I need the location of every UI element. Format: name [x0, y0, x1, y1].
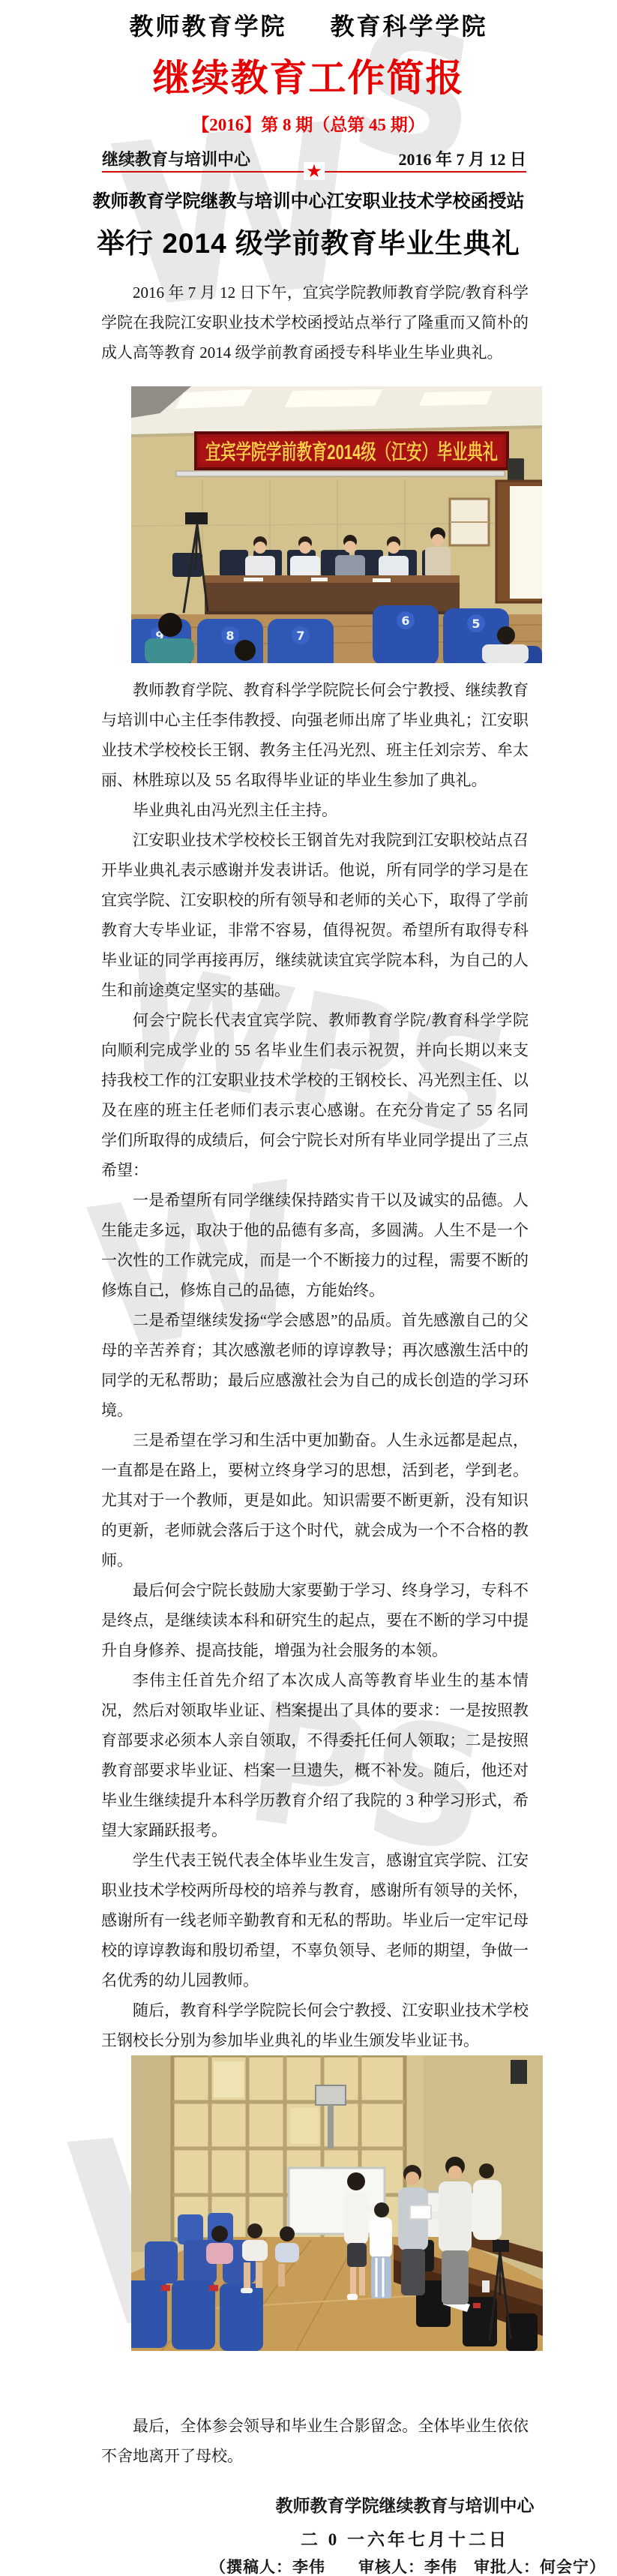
- issue-number: 【2016】第 8 期（总第 45 期）: [0, 111, 617, 136]
- room-wall-left: [131, 2055, 172, 2252]
- bulletin-page: S W WPS W PS W 教师教育学院教育科学学院 继续教育工作简报 【20…: [0, 0, 617, 2576]
- masthead-colleges: 教师教育学院教育科学学院: [0, 8, 617, 42]
- body-paragraph: 学生代表王锐代表全体毕业生发言，感谢宜宾学院、江安职业技术学校两所母校的培养与教…: [101, 1845, 529, 1995]
- footer-credits: （撰稿人：李伟 审核人：李伟 审批人：何会宁）: [210, 2555, 600, 2576]
- seat-number: 6: [401, 614, 409, 628]
- photo-ceremony-hall: 宜宾学院学前教育2014级（江安）毕业典礼: [131, 386, 542, 663]
- college-name-left: 教师教育学院: [129, 13, 286, 40]
- footer-organization: 教师教育学院继续教育与培训中心: [210, 2492, 600, 2517]
- issuing-unit: 继续教育与培训中心: [102, 147, 250, 170]
- body-paragraph: 三是希望在学习和生活中更加勤奋。人生永远都是起点，一直都是在路上，要树立终身学习…: [101, 1425, 529, 1575]
- seat-number: 8: [226, 629, 234, 643]
- body-paragraph: 2016 年 7 月 12 日下午，宜宾学院教师教育学院/教育科学学院在我院江安…: [101, 278, 529, 368]
- body-paragraph: 何会宁院长代表宜宾学院、教师教育学院/教育科学学院向顺利完成学业的 55 名毕业…: [101, 1005, 529, 1185]
- body-paragraph: 一是希望所有同学继续保持踏实肯干以及诚实的品德。人生能走多远，取决于他的品德有多…: [101, 1185, 529, 1305]
- red-divider-rule: ★: [102, 171, 526, 173]
- body-paragraph: 李伟主任首先介绍了本次成人高等教育毕业生的基本情况，然后对领取毕业证、档案提出了…: [101, 1665, 529, 1845]
- photo-certificate-awarding-illustration: [131, 2055, 543, 2351]
- led-banner-text: 宜宾学院学前教育2014级（江安）毕业典礼: [205, 440, 498, 464]
- college-name-right: 教育科学学院: [331, 13, 488, 40]
- body-paragraph: 毕业典礼由冯光烈主任主持。: [101, 795, 529, 825]
- issue-date: 2016 年 7 月 12 日: [398, 147, 526, 170]
- bulletin-title: 继续教育工作简报: [0, 48, 617, 102]
- article-body: 2016 年 7 月 12 日下午，宜宾学院教师教育学院/教育科学学院在我院江安…: [101, 278, 529, 2471]
- seat-number: 7: [296, 629, 304, 643]
- body-paragraph: 最后何会宁院长鼓励大家要勤于学习、终身学习，专科不是终点，是继续读本科和研究生的…: [101, 1575, 529, 1665]
- body-paragraph: 二是希望继续发扬“学会感恩”的品质。首先感激自己的父母的辛苦养育；其次感激老师的…: [101, 1305, 529, 1425]
- body-paragraph: 教师教育学院、教育科学学院院长何会宁教授、继续教育与培训中心主任李伟教授、向强老…: [101, 675, 529, 795]
- room-speaker: [511, 2060, 527, 2084]
- document-footer: 教师教育学院继续教育与培训中心 二 0 一六年七月十二日 （撰稿人：李伟 审核人…: [210, 2492, 600, 2576]
- body-paragraph: 江安职业技术学校校长王钢首先对我院到江安职校站点召开毕业典礼表示感谢并发表讲话。…: [101, 825, 529, 1005]
- photo-certificate-awarding: [131, 2055, 543, 2351]
- body-paragraph: 最后，全体参会领导和毕业生合影留念。全体毕业生依依不舍地离开了母校。: [101, 2411, 529, 2471]
- star-icon: ★: [304, 162, 325, 180]
- seat-number: 5: [472, 617, 480, 631]
- photo-ceremony-hall-illustration: 宜宾学院学前教育2014级（江安）毕业典礼: [131, 386, 542, 663]
- body-paragraph: 随后，教育科学学院院长何会宁教授、江安职业技术学校王钢校长分别为参加毕业典礼的毕…: [101, 1995, 529, 2055]
- article-subtitle: 教师教育学院继教与培训中心江安职业技术学校函授站: [0, 186, 617, 212]
- hall-led-banner: 宜宾学院学前教育2014级（江安）毕业典礼: [176, 433, 508, 476]
- article-title: 举行 2014 级学前教育毕业生典礼: [0, 221, 617, 261]
- hall-ceiling: [131, 386, 542, 437]
- footer-date: 二 0 一六年七月十二日: [210, 2526, 600, 2550]
